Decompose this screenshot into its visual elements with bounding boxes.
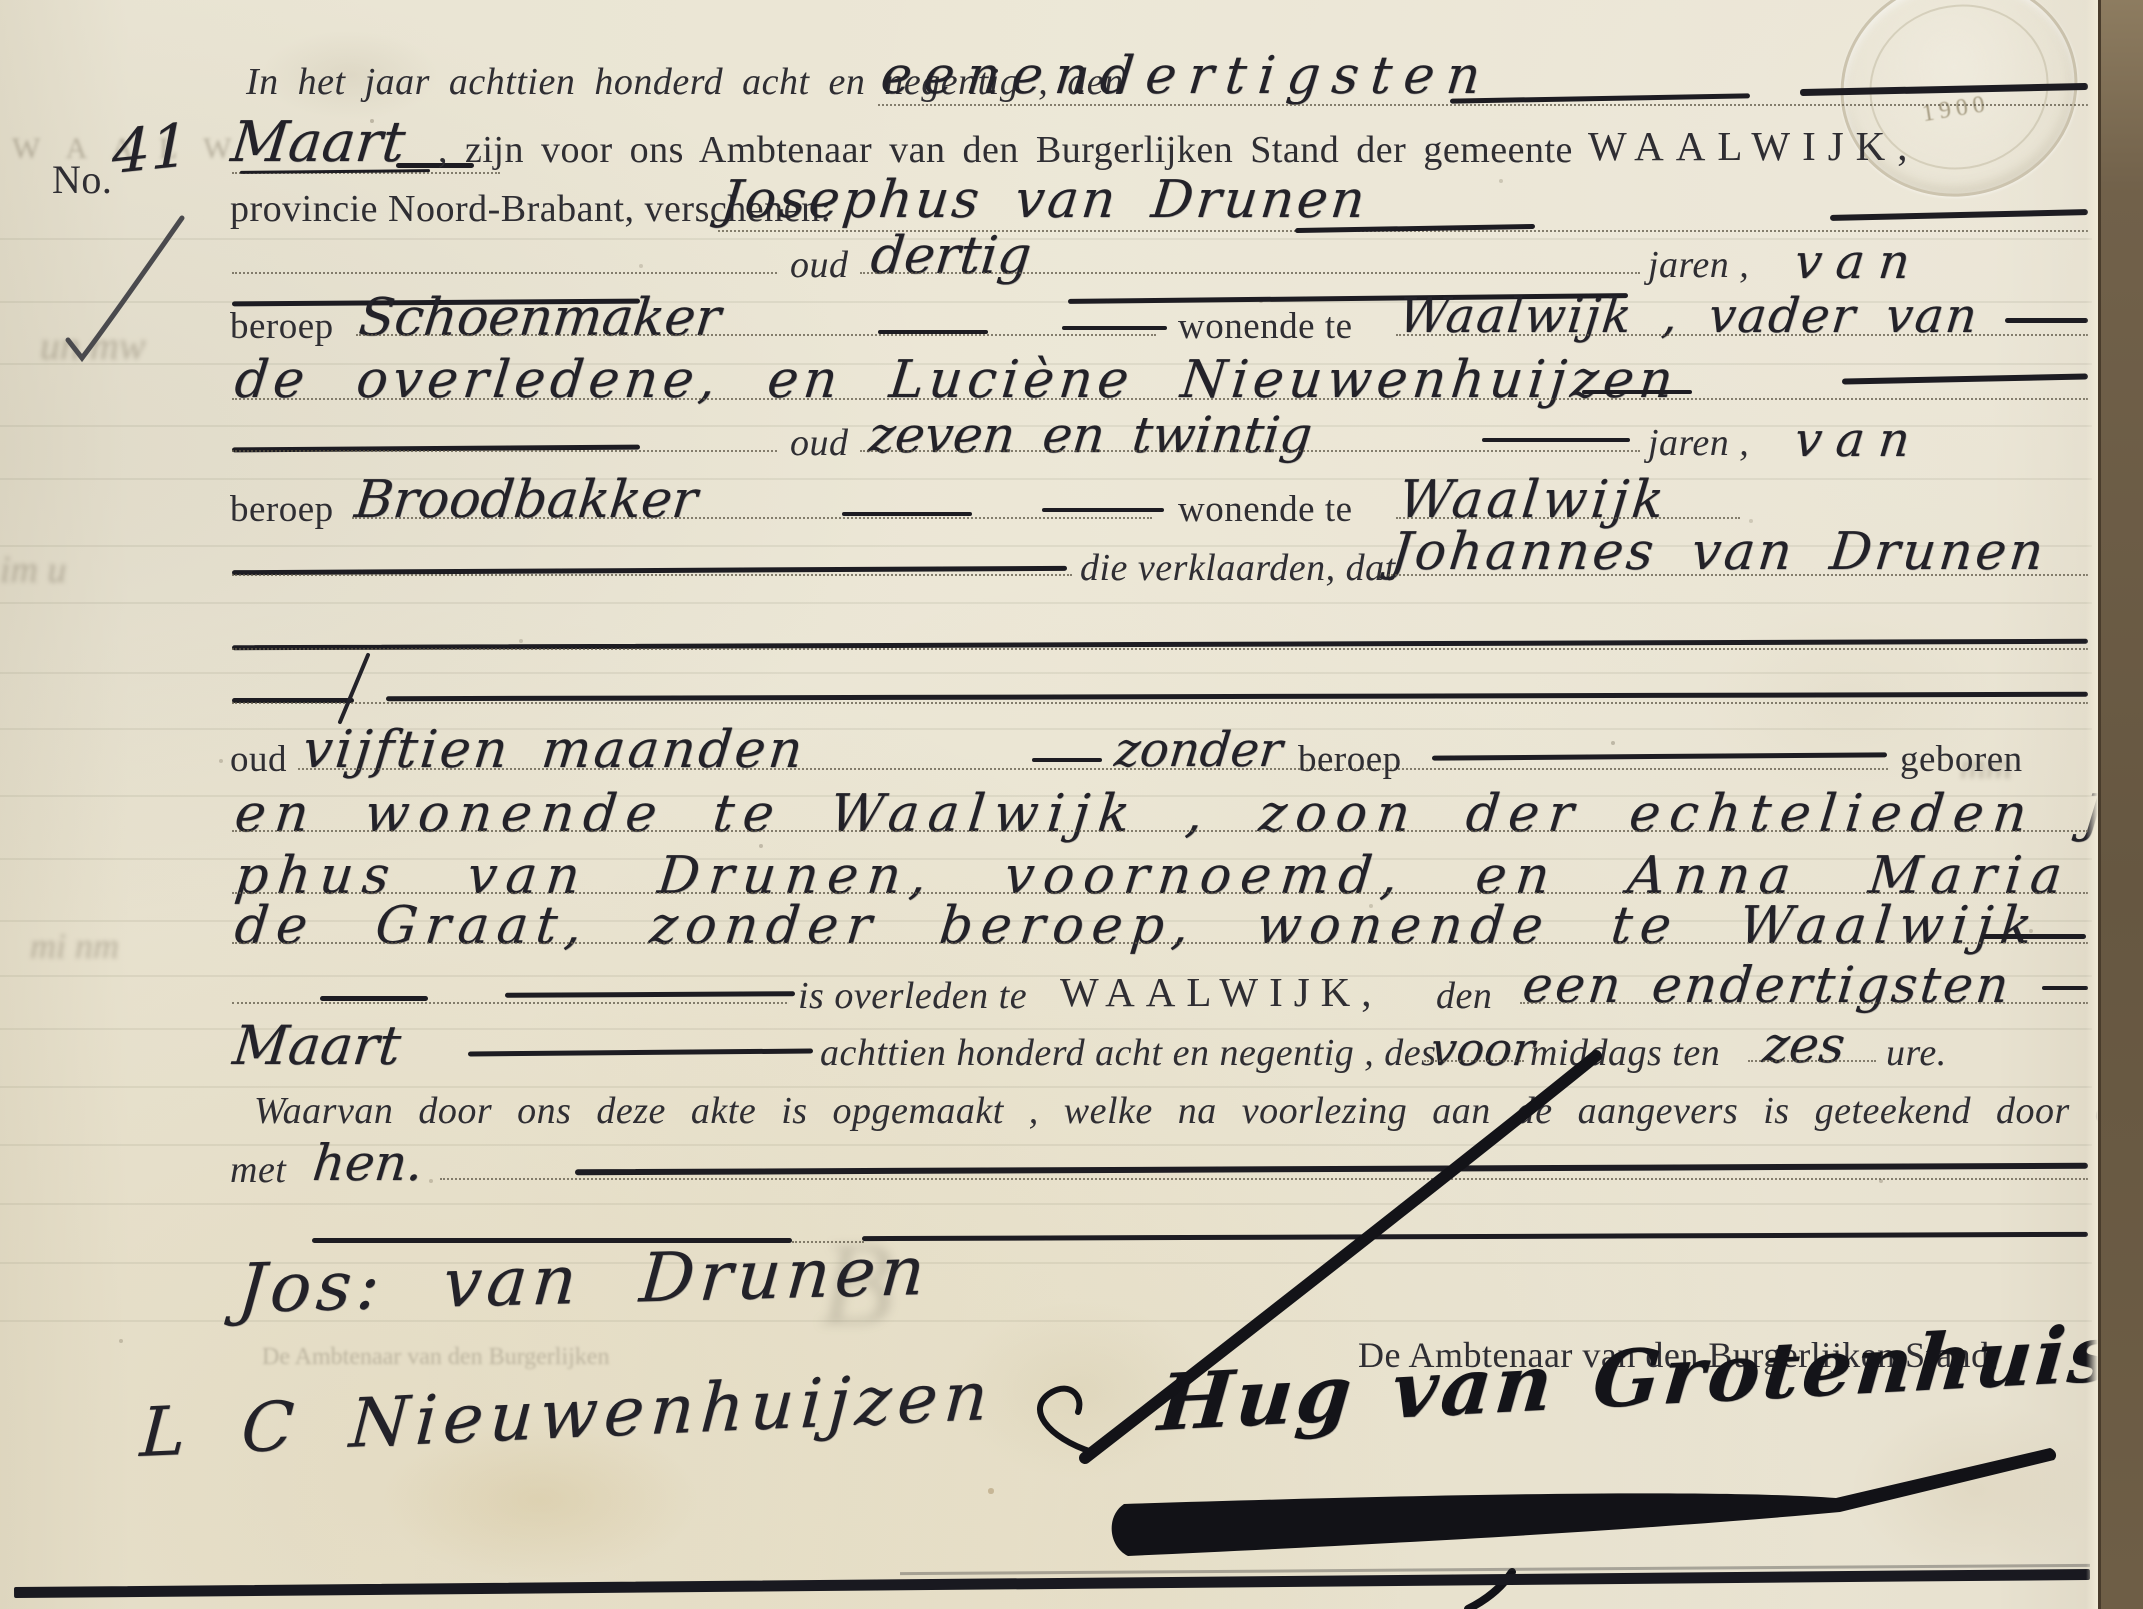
hw-death-hour: zes xyxy=(1760,1016,1848,1074)
hw-declarant2-residence: Waalwijk xyxy=(1396,470,1671,530)
dotted-guide-line xyxy=(298,768,1888,770)
dotted-guide-line xyxy=(232,272,777,274)
printed-registrar-phrase: , zijn voor ons Ambtenaar van den Burger… xyxy=(438,128,1573,172)
ink-stroke xyxy=(2005,318,2088,323)
death-certificate-scan: W A A L W un mw im u mi nm mm De Ambtena… xyxy=(0,0,2143,1609)
printed-oud-label: oud xyxy=(790,243,849,287)
ink-stroke xyxy=(1032,758,1102,762)
hw-declarant2-age: zeven en twintig xyxy=(866,406,1315,464)
ink-stroke xyxy=(1450,93,1750,103)
page-edge-highlight xyxy=(2086,0,2098,1609)
printed-overleden-phrase: is overleden te xyxy=(798,974,1027,1018)
hw-death-month: Maart xyxy=(230,1014,404,1077)
bleedthrough-text: mi nm xyxy=(30,925,119,967)
printed-death-place: WAALWIJK, xyxy=(1060,968,1383,1016)
ink-stroke xyxy=(1982,934,2086,939)
hw-hen-word: hen. xyxy=(310,1134,426,1192)
ink-stroke xyxy=(320,996,428,1001)
printed-death-year-phrase: achttien honderd acht en negentig , des xyxy=(820,1031,1436,1075)
printed-beroep-label: beroep xyxy=(230,305,334,348)
ink-stroke xyxy=(862,1232,2088,1241)
dotted-guide-line xyxy=(232,450,777,452)
dotted-guide-line xyxy=(356,334,1156,336)
ink-stroke xyxy=(468,1048,813,1056)
hw-van-word: van xyxy=(1792,412,1927,468)
dotted-guide-line xyxy=(1748,1060,1876,1062)
printed-jaren-label: jaren , xyxy=(1648,243,1749,287)
ink-stroke xyxy=(575,1163,2088,1176)
dotted-guide-line xyxy=(860,450,1640,452)
faint-rule xyxy=(0,1086,2092,1088)
hw-mother-occupation-line: de Graat, zonder beroep, wonende te Waal… xyxy=(232,896,2043,956)
paper-stain xyxy=(1850,1400,2100,1580)
hw-day-ordinal: eenendertigsten xyxy=(878,46,1495,106)
printed-wonende-label: wonende te xyxy=(1178,305,1353,348)
hw-declarant1-age: dertig xyxy=(868,226,1034,286)
dust-specks xyxy=(0,0,2,2)
bleedthrough-caption: De Ambtenaar van den Burgerlijken xyxy=(262,1344,609,1371)
dotted-guide-line xyxy=(232,942,2088,944)
printed-beroep-label: beroep xyxy=(1298,738,1402,781)
hw-zonder-word: zonder xyxy=(1112,722,1285,778)
hw-declarant1-name: Josephus van Drunen xyxy=(718,170,1371,230)
dotted-guide-line xyxy=(232,830,2088,832)
faint-rule xyxy=(0,1203,2092,1205)
ink-stroke xyxy=(1482,438,1630,442)
printed-oud-label: oud xyxy=(790,421,849,465)
faint-rule xyxy=(0,602,2092,604)
dotted-guide-line xyxy=(440,1178,2088,1180)
bleedthrough-text: un mw xyxy=(40,322,146,369)
dotted-guide-line xyxy=(232,574,1072,576)
ink-stroke xyxy=(2042,986,2088,990)
faint-rule xyxy=(0,238,2092,240)
printed-declaration-phrase: die verklaarden, dat xyxy=(1080,546,1396,590)
hw-death-day-ordinal: een endertigsten xyxy=(1520,956,2014,1014)
dotted-guide-line xyxy=(232,1002,787,1004)
dotted-guide-line xyxy=(1424,1060,1524,1062)
hw-residence-parents-line: en wonende te Waalwijk , zoon der echtel… xyxy=(232,784,2143,844)
printed-met-label: met xyxy=(230,1148,286,1192)
dotted-guide-line xyxy=(1396,517,1740,519)
hw-van-word: van xyxy=(1792,234,1927,290)
act-number-label: No. xyxy=(52,156,112,203)
dotted-guide-line xyxy=(878,104,2088,106)
hw-deceased-name: Johannes van Drunen xyxy=(1388,522,2049,582)
dotted-guide-line xyxy=(860,272,1640,274)
printed-jaren-label: jaren , xyxy=(1648,421,1749,465)
ink-stroke xyxy=(1842,373,2088,384)
hw-declarant2-name: de overledene, en Luciène Nieuwenhuijzen xyxy=(232,350,1681,410)
ink-stroke xyxy=(842,512,972,516)
dotted-guide-line xyxy=(232,648,2088,650)
printed-municipality-name: WAALWIJK, xyxy=(1588,122,1920,170)
printed-den-label: den xyxy=(1436,974,1492,1018)
hw-deceased-age: vijftien maanden xyxy=(300,720,808,780)
dotted-guide-line xyxy=(1396,334,2088,336)
handwriting-ascender-stroke xyxy=(340,655,368,722)
hw-voor-word: voor xyxy=(1428,1022,1537,1076)
book-binding-edge xyxy=(2098,0,2143,1609)
dotted-guide-line xyxy=(1388,574,2088,576)
ink-stroke xyxy=(1042,508,1164,512)
dotted-guide-line xyxy=(352,517,1152,519)
hw-month: Maart xyxy=(228,110,408,175)
dotted-guide-line xyxy=(1520,1002,2088,1004)
act-number-value: 41 xyxy=(112,110,189,188)
ink-stroke xyxy=(1830,209,2088,221)
printed-beroep-label: beroep xyxy=(230,488,334,531)
dotted-guide-line xyxy=(232,702,2088,704)
hw-declarant2-occupation: Broodbakker xyxy=(352,470,700,530)
hw-declarant1-occupation: Schoenmaker xyxy=(356,288,724,348)
dotted-guide-line xyxy=(232,398,2088,400)
printed-ure-label: ure. xyxy=(1886,1031,1947,1075)
printed-middags-phrase: middags ten xyxy=(1530,1031,1720,1075)
ink-stroke xyxy=(1582,390,1692,394)
printed-closing-phrase: Waarvan door ons deze akte is opgemaakt … xyxy=(254,1089,2143,1133)
ink-stroke xyxy=(1062,326,1167,330)
faint-rule xyxy=(0,478,2092,480)
printed-oud-label: oud xyxy=(230,738,287,781)
ink-stroke xyxy=(505,991,795,998)
bleedthrough-text: im u xyxy=(0,548,67,592)
printed-wonende-label: wonende te xyxy=(1178,488,1353,531)
printed-geboren-label: geboren xyxy=(1900,738,2023,781)
dotted-guide-line xyxy=(232,892,2088,894)
ink-stroke xyxy=(878,330,988,334)
